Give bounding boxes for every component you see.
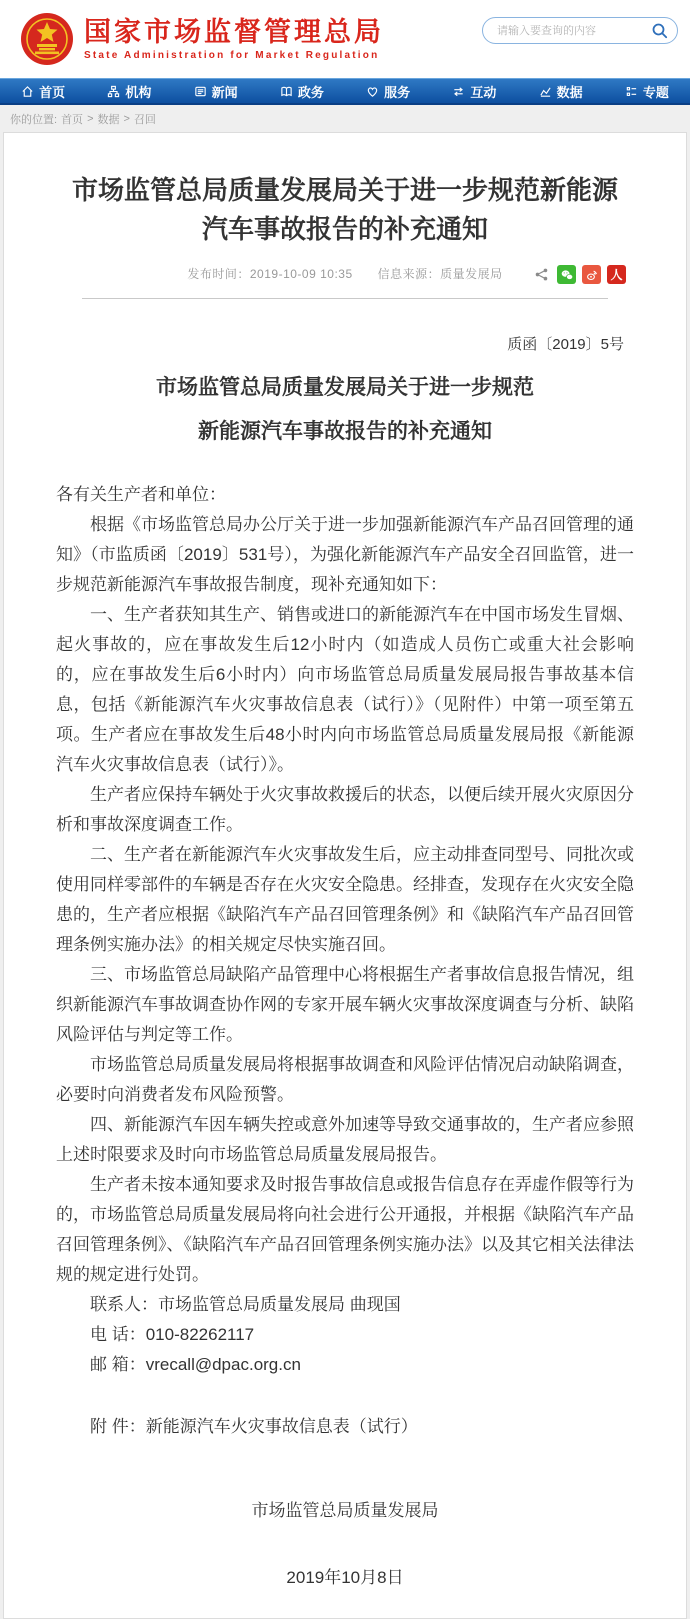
paragraph: 一、生产者获知其生产、销售或进口的新能源汽车在中国市场发生冒烟、起火事故的，应在… <box>56 600 634 780</box>
paragraph: 二、生产者在新能源汽车火灾事故发生后，应主动排查同型号、同批次或使用同样零部件的… <box>56 840 634 960</box>
exchange-arrows-icon <box>452 85 465 98</box>
breadcrumb-link-recall[interactable]: 召回 <box>134 111 156 127</box>
weibo-share-icon[interactable] <box>582 265 601 284</box>
nav-item-data[interactable]: 数据 <box>518 79 604 103</box>
paragraph: 生产者应保持车辆处于火灾事故救援后的状态，以便后续开展火灾原因分析和事故深度调查… <box>56 780 634 840</box>
breadcrumb-prefix: 你的位置: <box>10 111 57 127</box>
heart-icon <box>366 85 379 98</box>
national-emblem-icon <box>20 12 74 66</box>
site-subtitle: State Administration for Market Regulati… <box>84 50 384 61</box>
document-title: 市场监管总局质量发展局关于进一步规范 新能源汽车事故报告的补充通知 <box>56 366 634 454</box>
nav-item-gov[interactable]: 政务 <box>259 79 345 103</box>
nav-item-interact[interactable]: 互动 <box>431 79 517 103</box>
org-chart-icon <box>107 85 120 98</box>
document-body: 各有关生产者和单位： 根据《市场监管总局办公厅关于进一步加强新能源汽车产品召回管… <box>56 480 634 1442</box>
list-icon <box>625 85 638 98</box>
paragraph: 三、市场监管总局缺陷产品管理中心将根据生产者事故信息报告情况，组织新能源汽车事故… <box>56 960 634 1050</box>
people-share-icon[interactable]: 人 <box>607 265 626 284</box>
site-header: 国家市场监督管理总局 State Administration for Mark… <box>0 0 690 78</box>
contact-email: 邮 箱：vrecall@dpac.org.cn <box>56 1350 634 1380</box>
official-document: 质函〔2019〕5号 市场监管总局质量发展局关于进一步规范 新能源汽车事故报告的… <box>56 333 634 1588</box>
site-logo: 国家市场监督管理总局 State Administration for Mark… <box>20 12 384 66</box>
breadcrumb-link-home[interactable]: 首页 <box>61 111 83 127</box>
open-book-icon <box>280 85 293 98</box>
site-title: 国家市场监督管理总局 <box>84 17 384 47</box>
article-meta: 发布时间：2019-10-09 10:35 信息来源：质量发展局 人 <box>56 265 634 285</box>
attachment-line: 附 件：新能源汽车火灾事故信息表（试行） <box>56 1412 634 1442</box>
breadcrumb: 你的位置: 首页 > 数据 > 召回 <box>0 105 690 132</box>
article-card: 市场监管总局质量发展局关于进一步规范新能源汽车事故报告的补充通知 发布时间：20… <box>3 132 687 1619</box>
nav-item-service[interactable]: 服务 <box>345 79 431 103</box>
share-icon[interactable] <box>532 265 551 284</box>
contact-person: 联系人：市场监管总局质量发展局 曲现国 <box>56 1290 634 1320</box>
main-nav: 首页 机构 新闻 政务 服务 互动 数据 专题 <box>0 78 690 105</box>
nav-item-topics[interactable]: 专题 <box>604 79 690 103</box>
document-date: 2019年10月8日 <box>56 1563 634 1588</box>
page-title: 市场监管总局质量发展局关于进一步规范新能源汽车事故报告的补充通知 <box>56 171 634 249</box>
divider <box>82 298 608 299</box>
breadcrumb-link-data[interactable]: 数据 <box>98 111 120 127</box>
wechat-share-icon[interactable] <box>557 265 576 284</box>
salutation: 各有关生产者和单位： <box>56 480 634 510</box>
paragraph: 市场监管总局质量发展局将根据事故调查和风险评估情况启动缺陷调查，必要时向消费者发… <box>56 1050 634 1110</box>
newspaper-icon <box>194 85 207 98</box>
share-buttons: 人 <box>532 265 626 284</box>
home-icon <box>21 85 34 98</box>
breadcrumb-separator: > <box>87 113 93 125</box>
nav-item-org[interactable]: 机构 <box>86 79 172 103</box>
nav-item-news[interactable]: 新闻 <box>173 79 259 103</box>
publish-meta: 发布时间：2019-10-09 10:35 信息来源：质量发展局 <box>187 267 502 281</box>
paragraph: 生产者未按本通知要求及时报告事故信息或报告信息存在弄虚作假等行为的，市场监管总局… <box>56 1170 634 1290</box>
document-signature: 市场监管总局质量发展局 <box>56 1496 634 1521</box>
paragraph: 四、新能源汽车因车辆失控或意外加速等导致交通事故的，生产者应参照上述时限要求及时… <box>56 1110 634 1170</box>
document-number: 质函〔2019〕5号 <box>56 333 634 354</box>
search-input[interactable] <box>497 25 651 37</box>
paragraph: 根据《市场监管总局办公厅关于进一步加强新能源汽车产品召回管理的通知》（市监质函〔… <box>56 510 634 600</box>
breadcrumb-separator: > <box>124 113 130 125</box>
search-box <box>482 17 678 44</box>
contact-phone: 电 话：010-82262117 <box>56 1320 634 1350</box>
search-icon[interactable] <box>651 22 669 40</box>
line-chart-icon <box>539 85 552 98</box>
nav-item-home[interactable]: 首页 <box>0 79 86 103</box>
